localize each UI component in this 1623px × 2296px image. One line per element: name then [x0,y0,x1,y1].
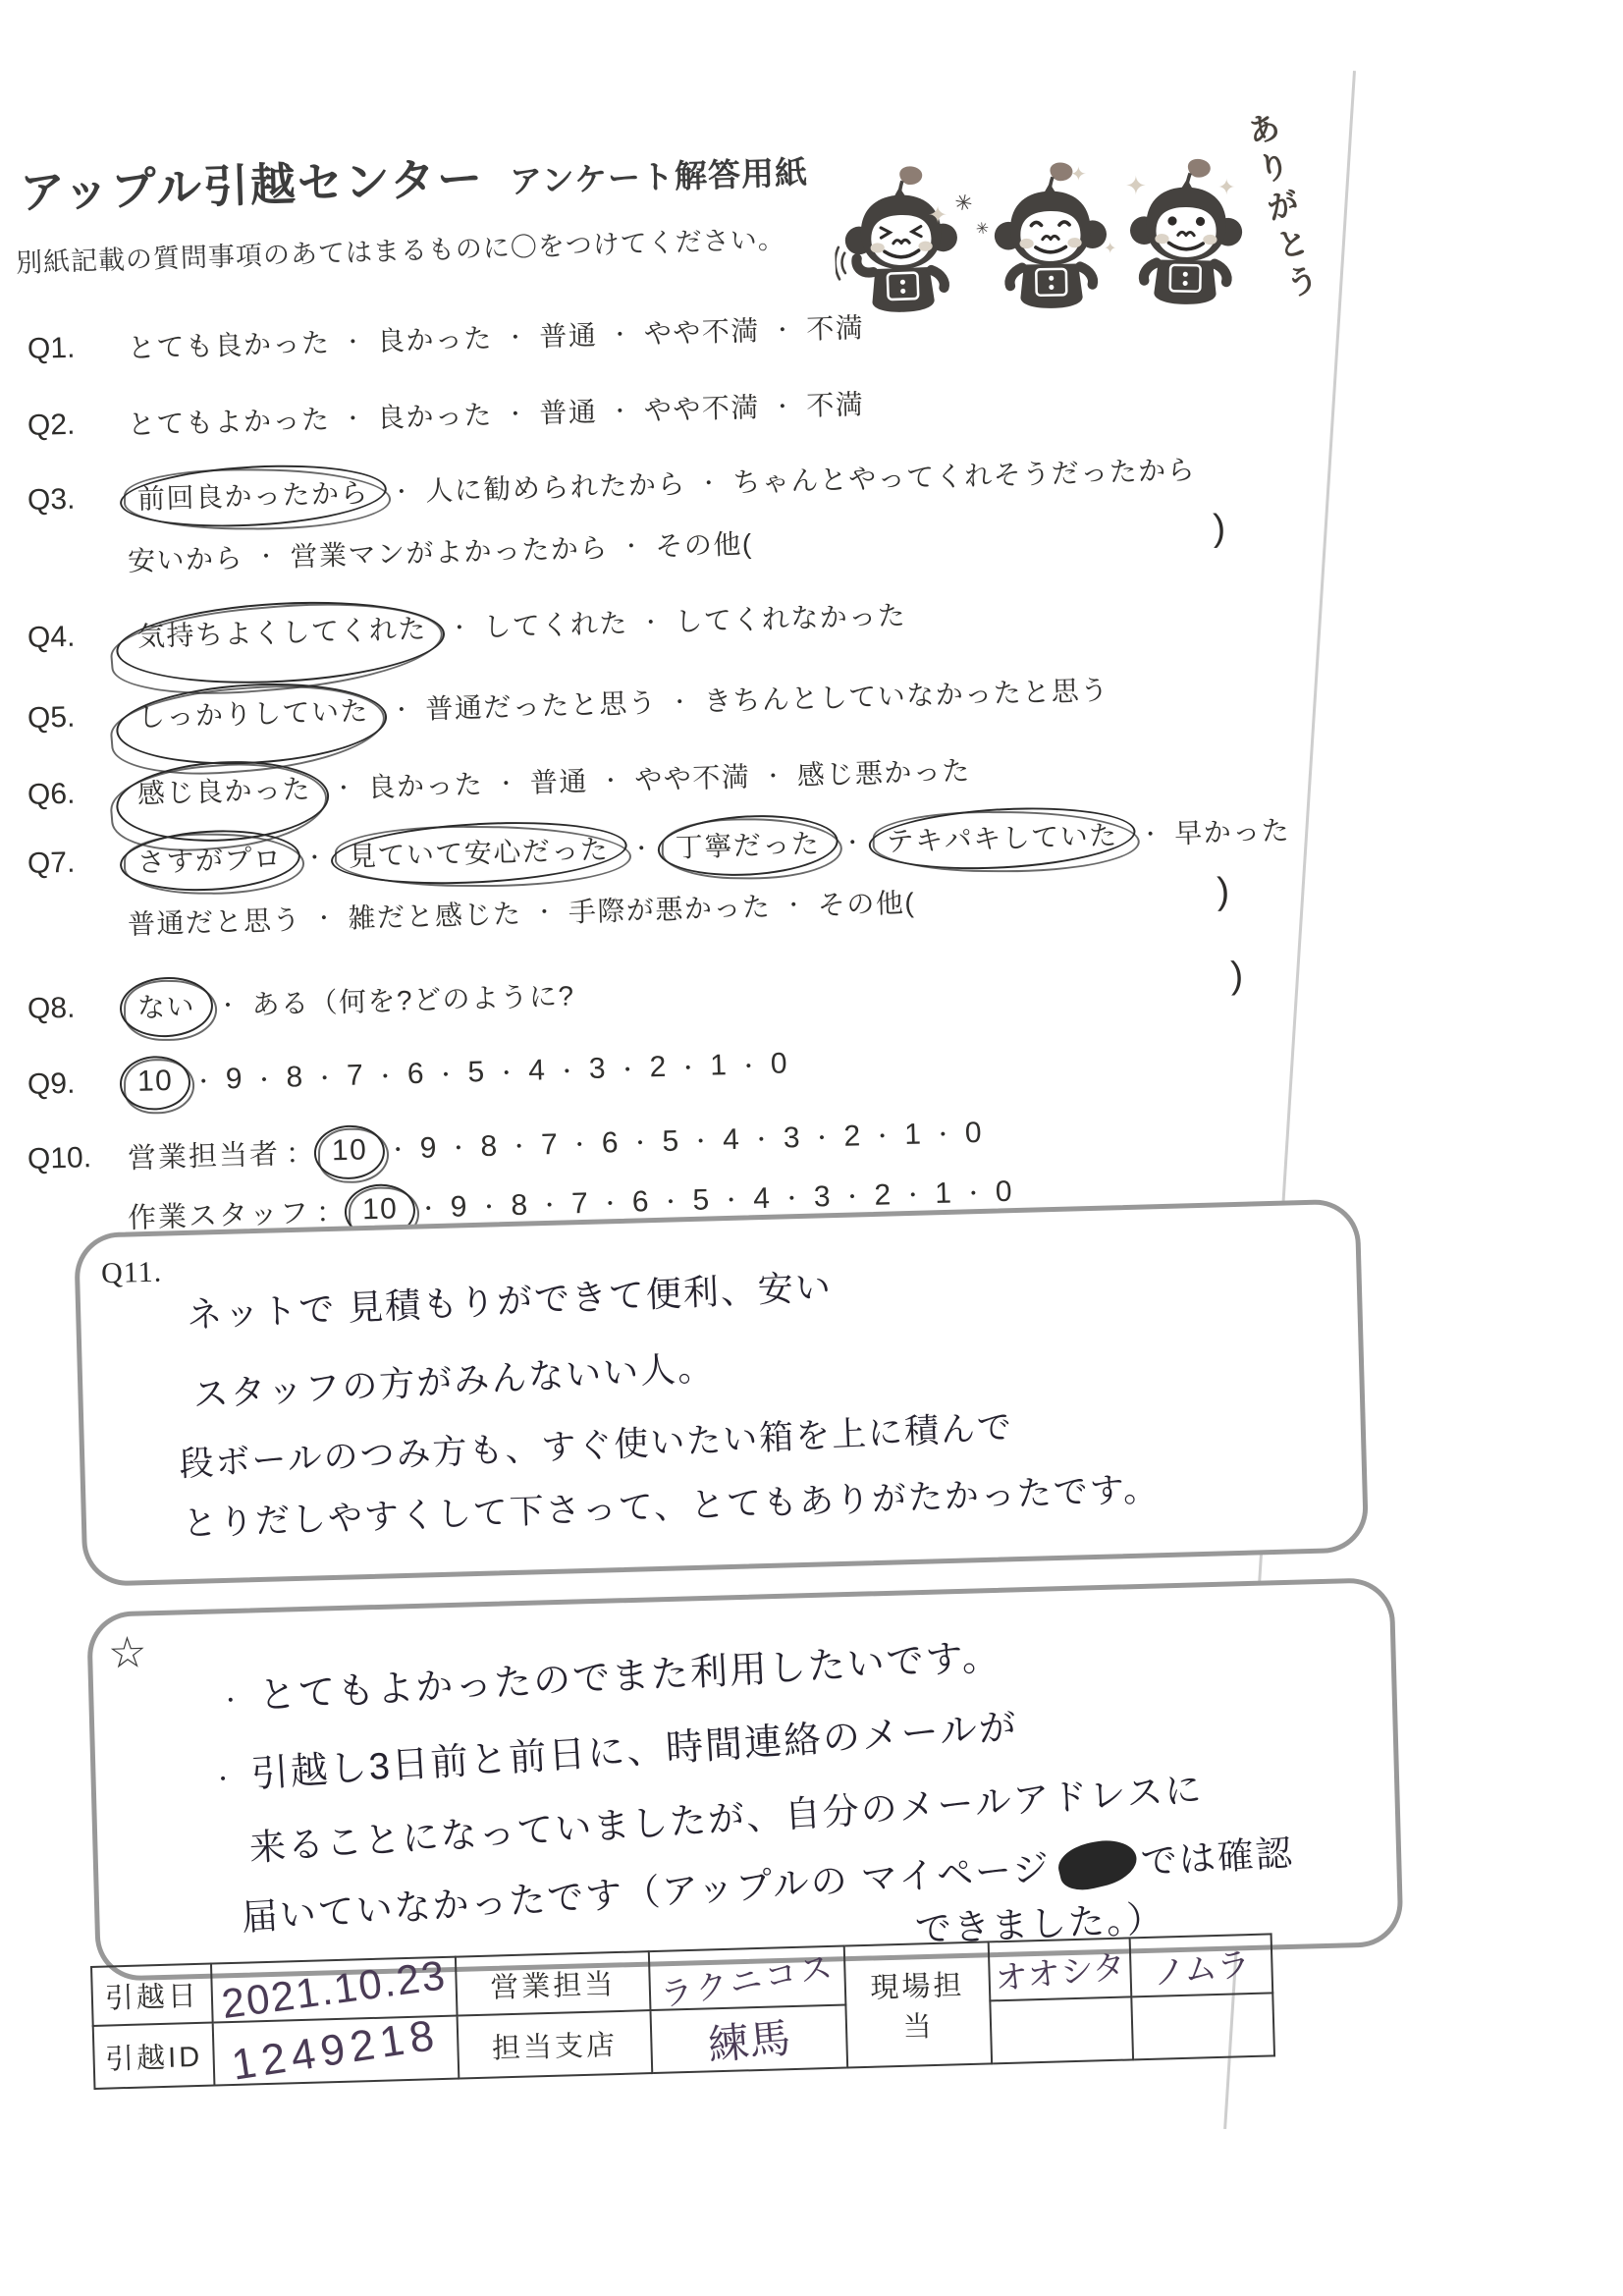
option-separator: ・ [689,1125,713,1157]
option: ある（何を?どのように? [251,974,575,1022]
option: その他( [817,881,915,923]
form-instruction: 別紙記載の質問事項のあてはまるものに〇をつけてください。 [15,217,785,280]
option-separator: ・ [781,1182,804,1214]
row-label-colon: ： [315,1190,347,1231]
question-label: Q3. [27,481,129,518]
score: 3 [783,1121,801,1154]
score: 0 [770,1047,788,1080]
option: してくれた [483,602,629,645]
score: 2 [874,1178,893,1212]
score: 1 [935,1176,953,1210]
option-separator: ・ [771,313,794,345]
score: 4 [528,1054,547,1087]
option-separator: ・ [192,1065,216,1096]
option-separator: ・ [538,1189,562,1221]
score: 9 [419,1131,438,1165]
option: やや不満 [634,755,751,797]
option: やや不満 [643,386,760,428]
option: 営業マンがよかったから [290,526,610,574]
option-separator: ・ [871,1120,894,1151]
option-separator: ・ [639,605,663,636]
score: 5 [662,1124,680,1158]
score: 2 [649,1051,668,1084]
option-separator: ・ [313,1062,337,1093]
option-separator: ・ [841,826,865,857]
sales-rep-value: ラクニコス [649,1946,846,2011]
score: 9 [225,1063,243,1096]
option-separator: ・ [771,390,794,421]
score: 1 [904,1118,923,1151]
question-label: Q10. [27,1140,129,1176]
option-separator: ・ [217,988,241,1019]
sparkle-icon: ✦ [1070,165,1087,185]
option-separator: ・ [599,1187,622,1219]
option-circled: ない [127,983,205,1028]
question-label: Q1. [27,330,129,366]
option: ちゃんとやってくれそうだったから [732,449,1197,501]
option-separator: ・ [495,1057,518,1088]
option: 良かった [376,317,493,359]
question-q2: Q2. とてもよかった ・ 良かった ・ 普通 ・ やや不満 ・ 不満 [27,383,864,446]
option: 良かった [367,763,484,805]
option-separator: ・ [762,759,785,791]
score: 8 [511,1188,529,1222]
option-separator: ・ [504,320,527,352]
option-circled: しっかりしていた [127,687,379,738]
star-mark: ☆ [107,1627,147,1678]
option-circled: 気持ちよくしてくれた [127,605,437,657]
option-circled: テキパキしていた [876,812,1128,862]
option-separator: ・ [620,529,643,561]
option: とても良かった [127,321,331,366]
option-separator: ・ [750,1123,774,1155]
site-rep-label: 現場担当 [844,1941,992,2067]
option-separator: ・ [390,475,413,507]
question-q4: Q4. 気持ちよくしてくれた ・ してくれた ・ してくれなかった [27,592,906,660]
close-paren: ) [1230,955,1245,997]
option-separator: ・ [617,1053,640,1084]
option-separator: ・ [478,1190,502,1222]
option-separator: ・ [629,1126,653,1158]
option-separator: ・ [313,902,337,933]
score: 5 [692,1183,711,1217]
option-separator: ・ [630,832,654,863]
option-separator: ・ [303,841,327,872]
option-separator: ・ [737,1050,761,1081]
option: やや不満 [643,309,760,352]
branch-value: 練馬 [650,2005,847,2074]
option-separator: ・ [508,1130,531,1162]
sales-rep-label: 営業担当 [456,1951,651,2015]
option: その他( [655,522,753,565]
row-label: 営業担当者 [127,1132,280,1176]
option: きちんとしていなかったと思う [703,669,1109,720]
score: 5 [467,1056,486,1089]
option: 普通だったと思う [425,682,658,728]
site-rep-empty-cell [990,1996,1133,2063]
move-id-label: 引越ID [93,2023,215,2089]
option: してくれなかった [675,594,907,640]
option-circled: 見ていて安心だった [338,826,620,877]
option-separator: ・ [342,402,365,433]
score: 3 [588,1053,607,1086]
asterisk-doodle-icon: ✳ [952,191,975,215]
sparkle-icon: ✦ [1104,242,1116,257]
option: 良かった [376,394,493,436]
branch-label: 担当支店 [458,2010,653,2078]
score: 8 [480,1129,499,1163]
option: とてもよかった [127,398,331,443]
question-q7-line2: 普通だと思う ・ 雑だと感じた ・ 手際が悪かった ・ その他( ) [127,871,1231,944]
option-separator: ・ [387,1133,410,1165]
site-rep-value-1: オオシタ [989,1938,1132,2000]
row-label-colon: ： [285,1131,316,1173]
q11-comment-box: Q11. ネットで 見積もりができて便利、安い スタッフの方がみんないい人。 段… [74,1199,1369,1587]
question-q9: Q9. 10 ・ 9 ・ 8 ・ 7 ・ 6 ・ 5 ・ 4 ・ 3 ・ 2 ・… [27,1045,788,1104]
score-circled: 10 [127,1063,183,1102]
option: 普通だと思う [127,899,301,943]
option: 普通 [539,314,598,355]
score: 1 [710,1049,729,1082]
option-separator: ・ [495,767,518,798]
score: 8 [286,1061,304,1094]
move-date-label: 引越日 [91,1964,213,2026]
redacted-scribble [1054,1833,1141,1895]
option: 手際が悪かった [568,885,772,930]
option-separator: ・ [448,611,471,642]
option: 安いから [127,536,243,578]
option: 普通 [529,760,588,801]
option-separator: ・ [609,394,632,425]
monkey-mascot-icon [832,163,970,323]
score: 2 [843,1120,862,1153]
score: 3 [813,1179,832,1213]
move-id-value: 1249218 [213,2016,460,2086]
asterisk-doodle-icon: ✳ [975,221,991,239]
handwritten-text: では確認 [1140,1832,1295,1883]
question-q1: Q1. とても良かった ・ 良かった ・ 普通 ・ やや不満 ・ 不満 [27,306,864,369]
score: 6 [631,1185,650,1219]
option-separator: ・ [342,325,365,356]
question-q10-sales: Q10. 営業担当者 ： 10 ・ 9 ・ 8 ・ 7 ・ 6 ・ 5 ・ 4 … [27,1113,983,1179]
option-separator: ・ [783,889,806,920]
form-title: アンケート解答用紙 [509,147,808,203]
option-separator: ・ [435,1058,459,1089]
option-separator: ・ [533,896,557,927]
option-separator: ・ [697,466,721,498]
score: 0 [964,1116,983,1149]
option-separator: ・ [332,771,355,802]
option-separator: ・ [556,1055,579,1086]
option-circled: 前回良かったから [127,469,379,519]
option-separator: ・ [253,1063,277,1094]
option-separator: ・ [660,1185,683,1217]
option-separator: ・ [599,764,622,795]
brand-title: アップル引越センター [19,142,485,222]
option-circled: 丁寧だった [665,820,831,868]
option-separator: ・ [676,1051,700,1082]
handwritten-line: スタッフの方がみんないい人。 [191,1339,716,1417]
bullet-mark: ・ [211,1767,237,1792]
option: 不満 [806,383,865,424]
question-label: Q9. [27,1066,129,1102]
option: 雑だと感じた [348,892,522,936]
option-circled: 感じ良かった [127,766,321,814]
option-separator: ・ [932,1119,955,1150]
option-separator: ・ [417,1192,441,1224]
option: 人に勧められたから [425,463,687,509]
score: 7 [571,1186,590,1220]
option-separator: ・ [962,1177,986,1209]
form-header: アップル引越センター アンケート解答用紙 [19,133,809,222]
option-circled: さすがプロ [127,835,293,883]
option-separator: ・ [841,1180,865,1212]
option-separator: ・ [448,1131,471,1163]
score-circled: 10 [321,1131,377,1171]
option-separator: ・ [390,693,413,725]
option-separator: ・ [255,540,279,572]
question-label: Q2. [27,407,129,443]
option-separator: ・ [504,397,527,428]
question-q8: Q8. ない ・ ある（何を?どのように? ) [27,954,1245,1031]
close-paren: ) [1217,871,1231,913]
option-separator: ・ [568,1128,592,1160]
free-comment-box: ☆ ・とてもよかったのでまた利用したいです。 ・引越し3日前と前日に、時間連絡の… [86,1577,1404,1982]
sparkle-icon: ✦ [1125,173,1147,198]
score: 6 [601,1126,620,1160]
score: 4 [723,1122,741,1156]
sparkle-icon: ✦ [928,204,947,228]
score: 9 [450,1190,468,1224]
question-label: Q11. [101,1256,163,1291]
option-separator: ・ [669,685,692,717]
question-label: Q8. [27,990,129,1026]
handwritten-line: ネットで 見積もりができて便利、安い [186,1259,834,1338]
option-separator: ・ [811,1121,835,1153]
option-separator: ・ [720,1183,743,1215]
question-q3-line1: Q3. 前回良かったから ・ 人に勧められたから ・ ちゃんとやってくれそうだっ… [27,447,1196,522]
option-separator: ・ [901,1178,925,1210]
monkey-mascot-icon [983,160,1119,317]
option-separator: ・ [374,1060,398,1091]
option: 普通 [539,391,598,432]
score: 7 [347,1059,365,1092]
option: 感じ悪かった [796,749,971,793]
score: 6 [406,1058,425,1091]
close-paren: ) [1213,508,1227,550]
sparkle-icon: ✦ [1217,177,1235,198]
bullet-mark: ・ [219,1688,243,1714]
score: 0 [995,1175,1013,1208]
question-label: Q7. [27,845,129,881]
option-separator: ・ [1139,817,1163,848]
site-rep-value-2: ノムラ [1130,1934,1273,1996]
option: 不満 [806,306,865,348]
option: 早かった [1174,809,1291,851]
score: 7 [541,1127,560,1161]
option-separator: ・ [609,317,632,349]
score-circled: 10 [352,1190,407,1230]
score: 4 [753,1181,772,1215]
site-rep-empty-cell [1131,1993,1274,2059]
